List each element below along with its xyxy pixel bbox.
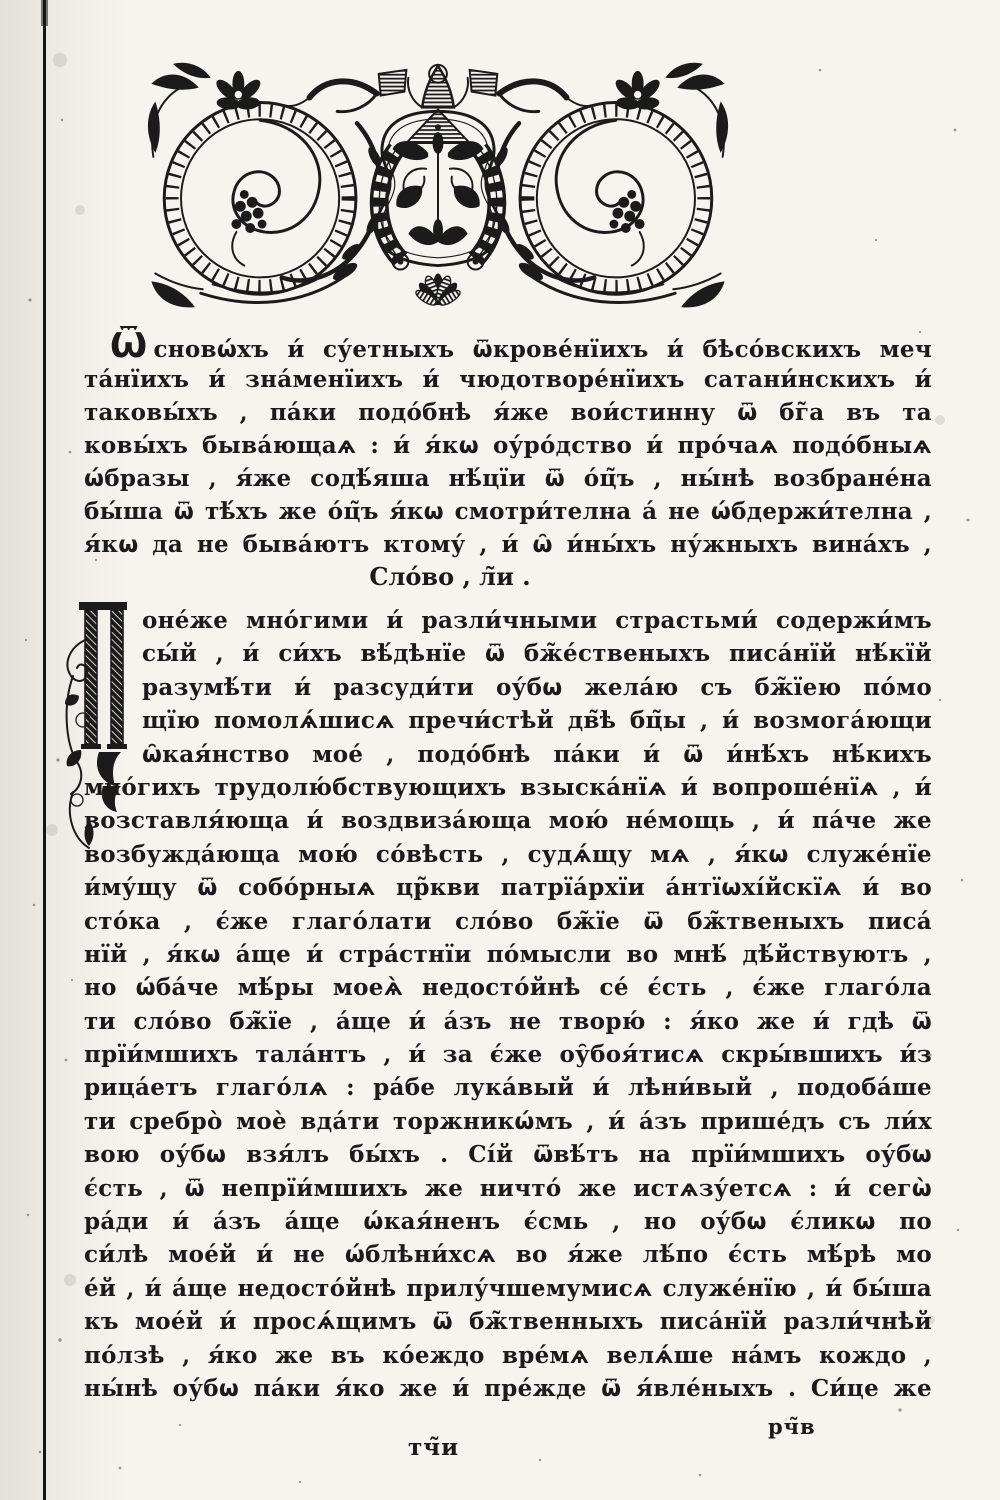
text-line: ѡ̑кая́нство мое́ , подо́бнѣ па́ки и́ ѿ и…: [84, 738, 932, 771]
section-heading: Сло́во , л̃и .: [84, 562, 932, 591]
text-line: возставля́юща и́ воздвиза́юща мою́ не́мо…: [84, 804, 932, 837]
text-line: щїю помолѧ́шисѧ пречи́стѣй дв̃ѣ бц̃ы , и…: [84, 704, 932, 737]
dropcap-initial-p: [58, 600, 136, 854]
folio-number-center: тч̃и: [408, 1434, 459, 1461]
text-line: но ѡ́ба́че мѣ́ры моеѧ̀ недосто́йнѣ се́ є…: [84, 971, 932, 1004]
sermon-body: оне́же мно́гими и́ разли́чными страстьми…: [84, 604, 932, 1405]
text-line: нїй , я́кѡ а́ще и́ стра́стнїи по́мысли в…: [84, 938, 932, 971]
text-line: сы́й , и́ си́хъ вѣ́дѣнїе ѿ бж̃е́ственыхъ…: [84, 637, 932, 670]
text-line: ны́нѣ оу́бѡ па́ки я́ко же и́ пре́жде ѿ я…: [84, 1372, 932, 1405]
text-line: я́кѡ да не быва́ютъ ктому́ , и́ ѡ̑ и́ны́…: [84, 528, 932, 561]
text-line: ти сло́во бж̃їе , а́ще и́ а́зъ не творю́…: [84, 1005, 932, 1038]
text-line: ѡ́бразы , я́же содѣ́яша нѣ́цїи ѿ о́ц̃ъ ,…: [84, 462, 932, 495]
text-line-content: оне́же мно́гими и́ разли́чными страстьми…: [142, 607, 932, 634]
text-line: оне́же мно́гими и́ разли́чными страстьми…: [84, 604, 932, 637]
folio-number-right: рч̃в: [768, 1414, 816, 1439]
text-line: є́сть , ѿ непрїи́мшихъ же ничто́ же истѧ…: [84, 1172, 932, 1205]
text-line: бы́ша ѿ тѣ́хъ же о́ц̃ъ я́кѡ смотри́телна…: [84, 495, 932, 528]
text-line: мно́гихъ трудолю́бствующихъ взыска́нїѧ и…: [84, 771, 932, 804]
page-gutter-line: [43, 0, 46, 1500]
book-page-scan: Ѿсновѡ́хъ и́ су́етныхъ ѿкрове́нїихъ и́ б…: [0, 0, 1000, 1500]
text-line: сто́ка , є́же глаго́лати сло́во бж̃їе ѿ …: [84, 905, 932, 938]
text-line: прїи́мшихъ тала́нтъ , и́ за є́же оу̑боя́…: [84, 1038, 932, 1071]
chapter-argument: Ѿсновѡ́хъ и́ су́етныхъ ѿкрове́нїихъ и́ б…: [84, 330, 932, 561]
initial-letter-ot: Ѿ: [110, 326, 153, 366]
text-line: по́лзѣ , я́ко же въ ко́еждо вре́мѧ велѧ́…: [84, 1339, 932, 1372]
headpiece-ornament-engraving: [140, 58, 736, 313]
text-line: рица́етъ глаго́лѧ : ра́бе лука́вый и́ лѣ…: [84, 1071, 932, 1104]
text-line: ти сребро̀ моѐ вда́ти торжникѡ́мъ , и́ а…: [84, 1105, 932, 1138]
text-line: ковы́хъ быва́ющаѧ : и́ я́кѡ оу́ро́дство …: [84, 429, 932, 462]
text-line: е́й , и́ а́ще недосто́йнѣ прилу́чшемумис…: [84, 1272, 932, 1305]
text-line: и́му́щу ѿ собо́рныѧ цр̃кви патрїа́рхїи а…: [84, 871, 932, 904]
text-line: возбужда́юща мою́ со́вѣсть , судѧ́щу мѧ …: [84, 838, 932, 871]
text-line: та́нїихъ и́ зна́менїихъ и́ чюдотворе́нїи…: [84, 363, 932, 396]
text-line: таковы́хъ , па́ки подо́бнѣ я́же вои́стин…: [84, 396, 932, 429]
text-line: Ѿсновѡ́хъ и́ су́етныхъ ѿкрове́нїихъ и́ б…: [84, 330, 932, 363]
text-line: ра́ди и́ а́зъ а́ще ѡ́кая́ненъ є́смь , но…: [84, 1205, 932, 1238]
text-line: разумѣ́ти и́ разсуди́ти оу́бѡ жела́ю съ …: [84, 671, 932, 704]
text-line: вою оу́бѡ взя́лъ бы́хъ . Сі́й ѿвѣ́тъ на …: [84, 1138, 932, 1171]
text-line-content: сновѡ́хъ и́ су́етныхъ ѿкрове́нїихъ и́ бѣ…: [153, 336, 932, 363]
text-line: къ мое́й и́ просѧ́щимъ ѿ бж̃твенныхъ пис…: [84, 1305, 932, 1338]
text-line: си́лѣ мое́й и́ не ѡ́блѣни́хсѧ во я́же лѣ…: [84, 1238, 932, 1271]
